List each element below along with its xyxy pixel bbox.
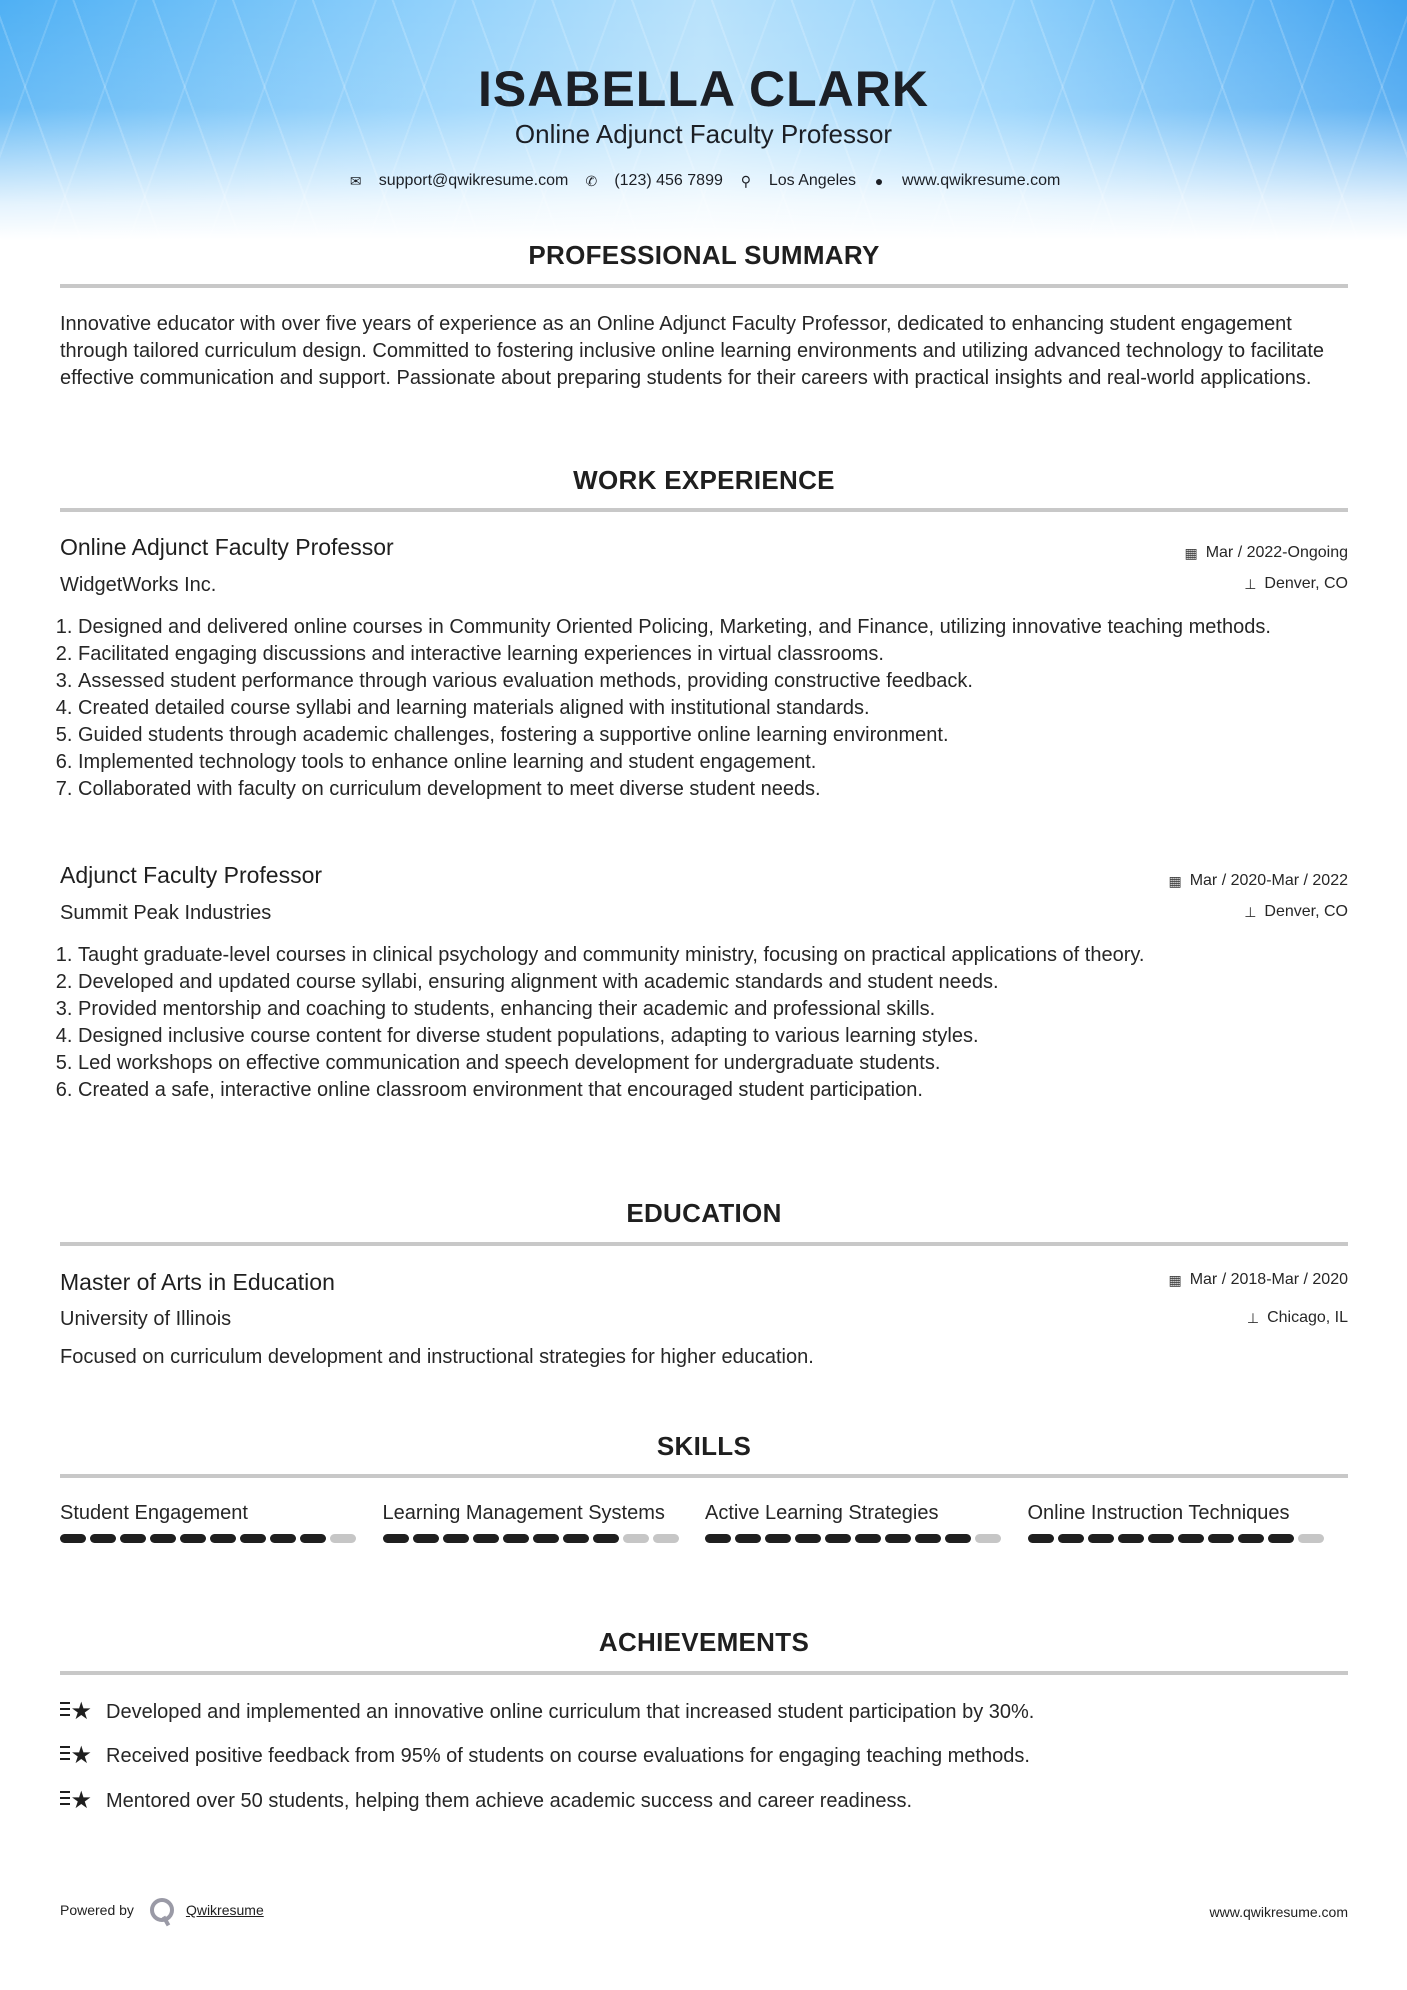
section-title-achievements: ACHIEVEMENTS [60,1627,1348,1658]
rating-dot [593,1534,619,1543]
footer-website[interactable]: www.qwikresume.com [1210,1904,1348,1920]
rating-dot [1028,1534,1054,1543]
rating-dot [945,1534,971,1543]
section-title-skills: SKILLS [60,1431,1348,1462]
rating-dot [1058,1534,1084,1543]
rating-dot [1298,1534,1324,1543]
job-bullets: Designed and delivered online courses in… [60,614,1368,803]
degree-title: Master of Arts in Education [60,1269,335,1296]
education-location: ⊥ Chicago, IL [1247,1309,1348,1327]
rating-dot [855,1534,881,1543]
rating-dot [300,1534,326,1543]
bullet-item: Designed inclusive course content for di… [78,1023,1368,1050]
contact-email[interactable]: support@qwikresume.com [379,172,569,190]
rating-dot [533,1534,559,1543]
rating-dot [120,1534,146,1543]
bullet-item: Designed and delivered online courses in… [78,614,1368,641]
candidate-name: ISABELLA CLARK [0,60,1407,118]
job-location: ⊥ Denver, CO [1244,903,1348,921]
rating-dot [765,1534,791,1543]
powered-by-label: Powered by [60,1902,134,1918]
qwikresume-link[interactable]: Qwikresume [186,1902,264,1918]
education-dates: ▦ Mar / 2018-Mar / 2020 [1168,1271,1348,1289]
pushpin-icon: ⊥ [1247,1310,1259,1327]
bullet-item: Guided students through academic challen… [78,722,1368,749]
skill-item: Active Learning Strategies [705,1500,1028,1543]
contact-website[interactable]: www.qwikresume.com [902,172,1060,190]
rating-dot [413,1534,439,1543]
job-title: Online Adjunct Faculty Professor [60,534,394,561]
section-title-summary: PROFESSIONAL SUMMARY [60,240,1348,271]
phone-icon: ✆ [582,172,600,190]
rating-dot [1118,1534,1144,1543]
globe-icon: ● [870,172,888,190]
section-title-experience: WORK EXPERIENCE [60,465,1348,496]
rating-dot [563,1534,589,1543]
education-description: Focused on curriculum development and in… [60,1344,1350,1371]
bullet-item: Provided mentorship and coaching to stud… [78,996,1368,1023]
rating-dot [180,1534,206,1543]
skill-rating [1028,1534,1351,1543]
rating-dot [825,1534,851,1543]
job-title: Adjunct Faculty Professor [60,862,322,889]
section-divider [60,284,1348,288]
bullet-item: Implemented technology tools to enhance … [78,749,1368,776]
skills-list: Student Engagement Learning Management S… [60,1500,1350,1543]
rating-dot [503,1534,529,1543]
rating-dot [885,1534,911,1543]
skill-name: Learning Management Systems [383,1500,683,1526]
rating-dot [735,1534,761,1543]
envelope-icon: ✉ [347,172,365,190]
section-divider [60,1671,1348,1675]
rating-dot [795,1534,821,1543]
candidate-title: Online Adjunct Faculty Professor [0,119,1407,150]
section-title-education: EDUCATION [60,1198,1348,1229]
footer-powered-by: Powered by Qwikresume [60,1898,264,1922]
skill-item: Online Instruction Techniques [1028,1500,1351,1543]
job-company: Summit Peak Industries [60,902,271,925]
bullet-item: Created a safe, interactive online class… [78,1077,1368,1104]
job-company: WidgetWorks Inc. [60,574,216,597]
shooting-star-icon: ★ [60,1743,92,1769]
school-name: University of Illinois [60,1308,231,1331]
rating-dot [975,1534,1001,1543]
achievement-item: ★ Developed and implemented an innovativ… [60,1699,1034,1725]
section-divider [60,1474,1348,1478]
achievement-text: Developed and implemented an innovative … [106,1701,1034,1724]
section-divider [60,508,1348,512]
achievement-text: Received positive feedback from 95% of s… [106,1745,1030,1768]
bullet-item: Developed and updated course syllabi, en… [78,969,1368,996]
bullet-item: Facilitated engaging discussions and int… [78,641,1368,668]
achievement-item: ★ Received positive feedback from 95% of… [60,1743,1030,1769]
achievement-text: Mentored over 50 students, helping them … [106,1790,912,1813]
contact-bar: ✉ support@qwikresume.com ✆ (123) 456 789… [0,172,1407,190]
achievement-item: ★ Mentored over 50 students, helping the… [60,1788,912,1814]
rating-dot [705,1534,731,1543]
rating-dot [1088,1534,1114,1543]
rating-dot [443,1534,469,1543]
rating-dot [915,1534,941,1543]
skill-rating [705,1534,1028,1543]
calendar-icon: ▦ [1168,873,1181,890]
bullet-item: Taught graduate-level courses in clinica… [78,942,1368,969]
rating-dot [240,1534,266,1543]
skill-item: Learning Management Systems [383,1500,706,1543]
rating-dot [1178,1534,1204,1543]
rating-dot [1148,1534,1174,1543]
rating-dot [623,1534,649,1543]
calendar-icon: ▦ [1168,1272,1181,1289]
bullet-item: Led workshops on effective communication… [78,1050,1368,1077]
rating-dot [90,1534,116,1543]
section-divider [60,1242,1348,1246]
shooting-star-icon: ★ [60,1699,92,1725]
pushpin-icon: ⊥ [1244,576,1256,593]
skill-rating [383,1534,706,1543]
contact-phone: (123) 456 7899 [614,172,723,190]
summary-text: Innovative educator with over five years… [60,311,1350,392]
job-dates: ▦ Mar / 2022-Ongoing [1184,544,1348,562]
skill-rating [60,1534,383,1543]
education-location-text: Chicago, IL [1267,1309,1348,1327]
shooting-star-icon: ★ [60,1788,92,1814]
job-bullets: Taught graduate-level courses in clinica… [60,942,1368,1104]
bullet-item: Assessed student performance through var… [78,668,1368,695]
rating-dot [150,1534,176,1543]
contact-location: Los Angeles [769,172,856,190]
rating-dot [1208,1534,1234,1543]
pushpin-icon: ⊥ [1244,904,1256,921]
rating-dot [473,1534,499,1543]
rating-dot [330,1534,356,1543]
job-dates-text: Mar / 2022-Ongoing [1206,544,1348,562]
rating-dot [210,1534,236,1543]
job-dates: ▦ Mar / 2020-Mar / 2022 [1168,872,1348,890]
map-pin-icon: ⚲ [737,172,755,190]
rating-dot [270,1534,296,1543]
rating-dot [1238,1534,1264,1543]
bullet-item: Collaborated with faculty on curriculum … [78,776,1368,803]
skill-item: Student Engagement [60,1500,383,1543]
job-dates-text: Mar / 2020-Mar / 2022 [1190,872,1348,890]
rating-dot [653,1534,679,1543]
job-location-text: Denver, CO [1264,575,1348,593]
job-location: ⊥ Denver, CO [1244,575,1348,593]
calendar-icon: ▦ [1184,545,1197,562]
qwikresume-logo-icon [150,1898,174,1922]
skill-name: Student Engagement [60,1500,360,1526]
skill-name: Online Instruction Techniques [1028,1500,1328,1526]
rating-dot [1268,1534,1294,1543]
bullet-item: Created detailed course syllabi and lear… [78,695,1368,722]
rating-dot [60,1534,86,1543]
education-dates-text: Mar / 2018-Mar / 2020 [1190,1271,1348,1289]
job-location-text: Denver, CO [1264,903,1348,921]
rating-dot [383,1534,409,1543]
skill-name: Active Learning Strategies [705,1500,1005,1526]
